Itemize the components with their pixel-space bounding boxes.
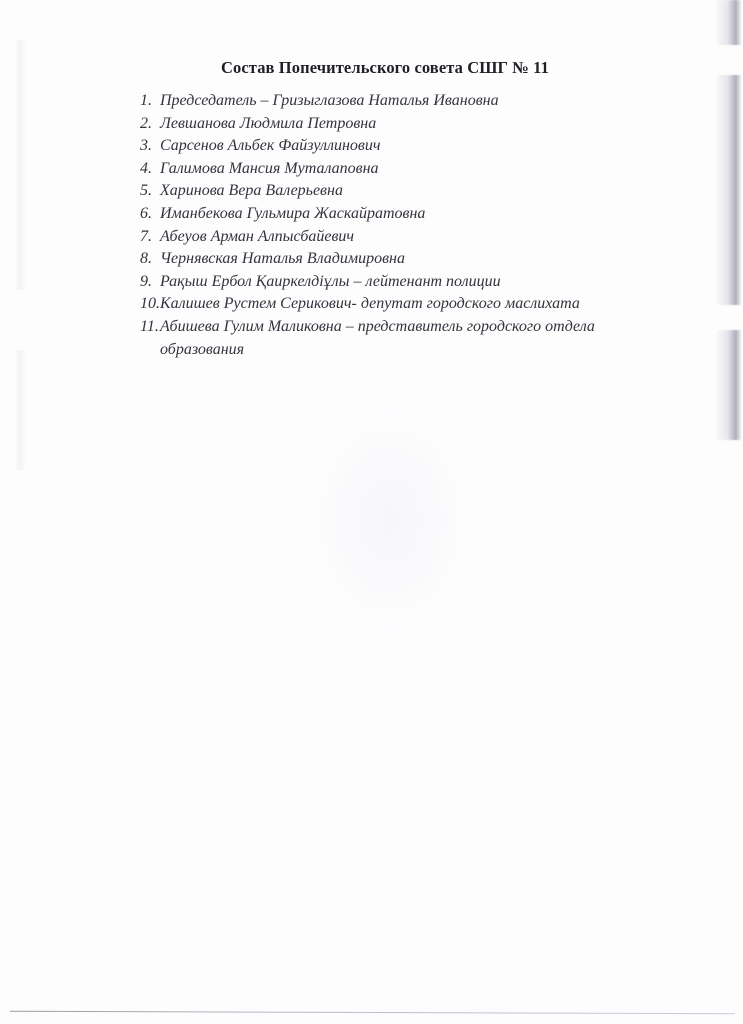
list-item: 10.Калишев Рустем Серикович- депутат гор… [140,293,660,316]
list-item: 2.Левшанова Людмила Петровна [140,113,660,136]
list-item: 11.Абишева Гулим Маликовна – представите… [140,316,660,361]
list-item: 7.Абеуов Арман Алпысбайевич [140,226,660,249]
list-item: 8.Чернявская Наталья Владимировна [140,248,660,271]
member-list: 1.Председатель – Гризыглазова Наталья Ив… [140,90,660,361]
scan-edge-line [10,1011,735,1015]
list-item: 6.Иманбекова Гульмира Жаскайратовна [140,203,660,226]
bleed-through-mark [300,400,480,640]
member-text: Рақыш Ербол Қаиркелдіұлы – лейтенант пол… [160,273,501,290]
list-item: 5.Харинова Вера Валерьевна [140,180,660,203]
member-text: Галимова Мансия Муталаповна [160,160,379,177]
list-number: 3. [140,135,152,158]
list-item: 3.Сарсенов Альбек Файзуллинович [140,135,660,158]
member-text: Председатель – Гризыглазова Наталья Иван… [160,92,499,109]
list-number: 2. [140,113,152,136]
list-number: 1. [140,90,152,113]
member-text: Абишева Гулим Маликовна – представитель … [160,318,595,358]
member-text: Чернявская Наталья Владимировна [160,250,405,267]
list-number: 6. [140,203,152,226]
member-text: Калишев Рустем Серикович- депутат городс… [160,295,580,312]
scan-streak [715,330,741,440]
member-text: Сарсенов Альбек Файзуллинович [160,137,380,154]
member-text: Харинова Вера Валерьевна [160,182,343,199]
list-number: 9. [140,271,152,294]
member-text: Абеуов Арман Алпысбайевич [160,228,354,245]
member-text: Иманбекова Гульмира Жаскайратовна [160,205,425,222]
scan-streak [715,0,741,45]
list-item: 1.Председатель – Гризыглазова Наталья Ив… [140,90,660,113]
list-number: 7. [140,226,152,249]
list-number: 5. [140,180,152,203]
list-number: 4. [140,158,152,181]
scan-streak [14,350,26,470]
list-number: 10. [140,293,160,316]
scan-streak [715,75,741,305]
list-number: 8. [140,248,152,271]
list-item: 4.Галимова Мансия Муталаповна [140,158,660,181]
list-number: 11. [140,316,159,339]
scanned-page: Состав Попечительского совета СШГ № 11 1… [0,0,743,1024]
list-item: 9.Рақыш Ербол Қаиркелдіұлы – лейтенант п… [140,271,660,294]
document-title: Состав Попечительского совета СШГ № 11 [0,58,743,78]
member-text: Левшанова Людмила Петровна [160,115,376,132]
